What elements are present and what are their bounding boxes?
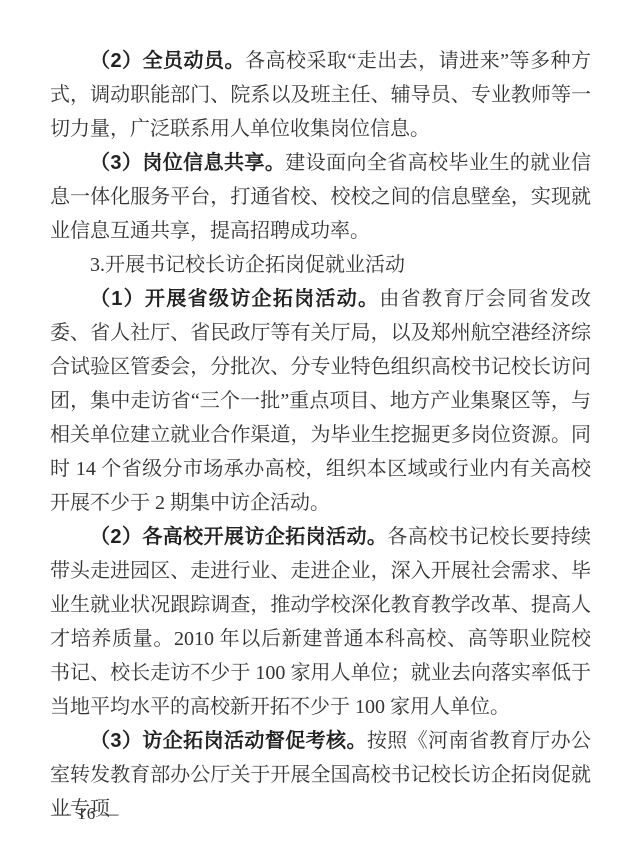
paragraph: （3）访企拓岗活动督促考核。按照《河南省教育厅办公室转发教育部办公厅关于开展全国… xyxy=(50,724,591,826)
paragraph-lead: （1）开展省级访企拓岗活动。 xyxy=(90,288,379,310)
page-number: — 16 — xyxy=(54,804,120,824)
paragraph-text: 3.开展书记校长访企拓岗促就业活动 xyxy=(90,254,405,276)
paragraph-lead: （2）全员动员。 xyxy=(90,50,245,72)
document-page: （2）全员动员。各高校采取“走出去，请进来”等多种方式，调动职能部门、院系以及班… xyxy=(0,0,642,858)
paragraph-lead: （3）访企拓岗活动督促考核。 xyxy=(90,730,367,752)
paragraph: （3）岗位信息共享。建设面向全省高校毕业生的就业信息一体化服务平台，打通省校、校… xyxy=(50,146,591,248)
paragraph: 3.开展书记校长访企拓岗促就业活动 xyxy=(50,248,591,282)
paragraph-lead: （3）岗位信息共享。 xyxy=(90,152,285,174)
paragraph: （2）各高校开展访企拓岗活动。各高校书记校长要持续带头走进园区、走进行业、走进企… xyxy=(50,520,591,724)
paragraph-lead: （2）各高校开展访企拓岗活动。 xyxy=(90,526,387,548)
document-body: （2）全员动员。各高校采取“走出去，请进来”等多种方式，调动职能部门、院系以及班… xyxy=(50,44,591,826)
paragraph: （2）全员动员。各高校采取“走出去，请进来”等多种方式，调动职能部门、院系以及班… xyxy=(50,44,591,146)
paragraph: （1）开展省级访企拓岗活动。由省教育厅会同省发改委、省人社厅、省民政厅等有关厅局… xyxy=(50,282,591,520)
paragraph-text: 各高校书记校长要持续带头走进园区、走进行业、走进企业，深入开展社会需求、毕业生就… xyxy=(50,526,591,718)
paragraph-text: 由省教育厅会同省发改委、省人社厅、省民政厅等有关厅局，以及郑州航空港经济综合试验… xyxy=(50,288,591,514)
